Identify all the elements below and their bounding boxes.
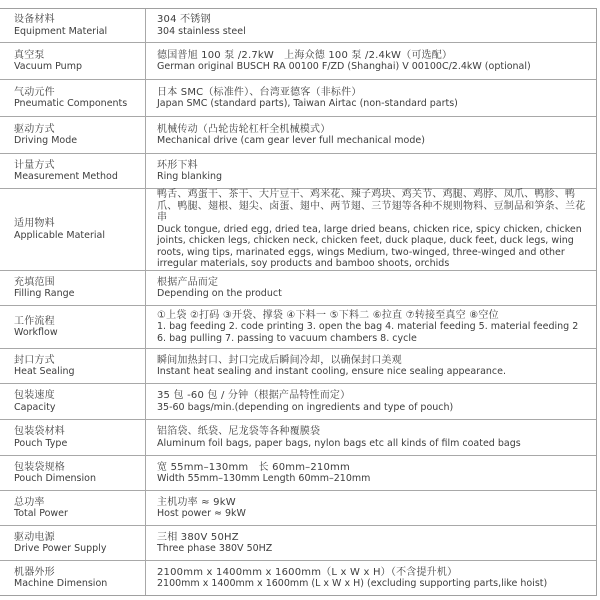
row-value-zh: 铝箔袋、纸袋、尼龙袋等各种覆膜袋 (157, 426, 590, 438)
row-value-zh: ①上袋 ②打码 ③开袋、撑袋 ④下料一 ⑤下料二 ⑥拉直 ⑦转接至真空 ⑧空位 (157, 310, 590, 322)
row-label-en: Capacity (14, 402, 139, 414)
row-label-en: Measurement Method (14, 171, 139, 183)
table-row-filling-range: 充填范围 Filling Range 根据产品而定 Depending on t… (0, 271, 596, 306)
row-value-en: Host power ≈ 9kW (157, 508, 590, 520)
table-row-applicable-material: 适用物料 Applicable Material 鸭舌、鸡蛋干、茶干、大片豆干、… (0, 189, 596, 271)
row-value-en: 1. bag feeding 2. code printing 3. open … (157, 321, 590, 344)
row-label: 适用物料 Applicable Material (0, 189, 146, 270)
row-label: 包装速度 Capacity (0, 384, 146, 419)
row-value-zh: 瞬间加热封口、封口完成后瞬间冷却，以确保封口美观 (157, 355, 590, 367)
row-label: 气动元件 Pneumatic Components (0, 80, 146, 116)
row-value: 35 包 -60 包 / 分钟（根据产品特性而定） 35-60 bags/min… (146, 384, 596, 419)
row-value: 机械传动（凸轮齿轮杠杆全机械模式） Mechanical drive (cam … (146, 117, 596, 153)
table-row-machine-dimension: 机器外形 Machine Dimension 2100mm x 1400mm x… (0, 561, 596, 595)
row-value-zh: 日本 SMC（标准件）、台湾亚德客（非标件） (157, 87, 590, 99)
row-label: 驱动电源 Drive Power Supply (0, 526, 146, 560)
row-label-en: Equipment Material (14, 26, 139, 38)
row-label-zh: 包装袋材料 (14, 426, 139, 438)
row-value: 鸭舌、鸡蛋干、茶干、大片豆干、鸡米花、辣子鸡块、鸡关节、鸡腿、鸡脖、凤爪、鸭胗、… (146, 189, 596, 270)
row-label-zh: 计量方式 (14, 160, 139, 172)
row-value: 日本 SMC（标准件）、台湾亚德客（非标件） Japan SMC (standa… (146, 80, 596, 116)
row-label-en: Pouch Type (14, 438, 139, 450)
row-value: 宽 55mm–130mm 长 60mm–210mm Width 55mm–130… (146, 456, 596, 490)
row-value-en: Instant heat sealing and instant cooling… (157, 366, 590, 378)
row-label-en: Workflow (14, 327, 139, 339)
row-label-zh: 封口方式 (14, 355, 139, 367)
row-value-en: Width 55mm–130mm Length 60mm–210mm (157, 473, 590, 485)
row-label-en: Filling Range (14, 288, 139, 300)
row-label: 计量方式 Measurement Method (0, 154, 146, 188)
row-label-zh: 驱动方式 (14, 124, 139, 136)
row-value: 主机功率 ≈ 9kW Host power ≈ 9kW (146, 491, 596, 525)
row-value-zh: 德国普旭 100 泵 /2.7kW 上海众德 100 泵 /2.4kW（可选配） (157, 50, 590, 62)
row-value-en: Depending on the product (157, 288, 590, 300)
table-row-drive-power-supply: 驱动电源 Drive Power Supply 三相 380V 50HZ Thr… (0, 526, 596, 561)
row-label-zh: 适用物料 (14, 218, 139, 230)
row-value: 环形下料 Ring blanking (146, 154, 596, 188)
table-row-pouch-type: 包装袋材料 Pouch Type 铝箔袋、纸袋、尼龙袋等各种覆膜袋 Alumin… (0, 420, 596, 456)
row-value-en: 2100mm x 1400mm x 1600mm (L x W x H) (ex… (157, 578, 590, 590)
row-value-zh: 机械传动（凸轮齿轮杠杆全机械模式） (157, 124, 590, 136)
row-label-zh: 设备材料 (14, 14, 139, 26)
row-value: 铝箔袋、纸袋、尼龙袋等各种覆膜袋 Aluminum foil bags, pap… (146, 420, 596, 455)
table-row-pneumatic-components: 气动元件 Pneumatic Components 日本 SMC（标准件）、台湾… (0, 80, 596, 117)
row-value: 德国普旭 100 泵 /2.7kW 上海众德 100 泵 /2.4kW（可选配）… (146, 43, 596, 79)
row-label-zh: 机器外形 (14, 567, 139, 579)
row-label-en: Total Power (14, 508, 139, 520)
row-label-zh: 包装袋规格 (14, 462, 139, 474)
row-label-zh: 驱动电源 (14, 532, 139, 544)
spec-table: 设备材料 Equipment Material 304 不锈钢 304 stai… (0, 8, 597, 596)
row-label: 工作流程 Workflow (0, 306, 146, 348)
row-value-en: Japan SMC (standard parts), Taiwan Airta… (157, 98, 590, 110)
row-value-zh: 2100mm x 1400mm x 1600mm（L x W x H）（不含提升… (157, 567, 590, 579)
table-row-total-power: 总功率 Total Power 主机功率 ≈ 9kW Host power ≈ … (0, 491, 596, 526)
row-label: 包装袋材料 Pouch Type (0, 420, 146, 455)
row-label-zh: 充填范围 (14, 277, 139, 289)
row-label-zh: 工作流程 (14, 316, 139, 328)
row-value: 根据产品而定 Depending on the product (146, 271, 596, 305)
row-label: 总功率 Total Power (0, 491, 146, 525)
row-value: 304 不锈钢 304 stainless steel (146, 9, 596, 42)
row-value: 三相 380V 50HZ Three phase 380V 50HZ (146, 526, 596, 560)
row-value-zh: 304 不锈钢 (157, 14, 590, 26)
row-value-zh: 根据产品而定 (157, 277, 590, 289)
row-value-zh: 环形下料 (157, 160, 590, 172)
row-value-en: German original BUSCH RA 00100 F/ZD (Sha… (157, 61, 590, 73)
table-row-vacuum-pump: 真空泵 Vacuum Pump 德国普旭 100 泵 /2.7kW 上海众德 1… (0, 43, 596, 80)
row-label: 封口方式 Heat Sealing (0, 349, 146, 383)
row-value-en: Ring blanking (157, 171, 590, 183)
row-label-en: Pouch Dimension (14, 473, 139, 485)
row-label-en: Pneumatic Components (14, 98, 139, 110)
row-value-zh: 主机功率 ≈ 9kW (157, 497, 590, 509)
row-label-en: Drive Power Supply (14, 543, 139, 555)
row-value-en: Mechanical drive (cam gear lever full me… (157, 135, 590, 147)
table-row-driving-mode: 驱动方式 Driving Mode 机械传动（凸轮齿轮杠杆全机械模式） Mech… (0, 117, 596, 154)
row-value: 瞬间加热封口、封口完成后瞬间冷却，以确保封口美观 Instant heat se… (146, 349, 596, 383)
row-label-en: Heat Sealing (14, 366, 139, 378)
row-value-en: 35-60 bags/min.(depending on ingredients… (157, 402, 590, 414)
table-row-equipment-material: 设备材料 Equipment Material 304 不锈钢 304 stai… (0, 9, 596, 43)
row-label-zh: 真空泵 (14, 50, 139, 62)
table-row-pouch-dimension: 包装袋规格 Pouch Dimension 宽 55mm–130mm 长 60m… (0, 456, 596, 491)
row-label: 包装袋规格 Pouch Dimension (0, 456, 146, 490)
row-label-en: Machine Dimension (14, 578, 139, 590)
row-value-zh: 宽 55mm–130mm 长 60mm–210mm (157, 462, 590, 474)
table-row-workflow: 工作流程 Workflow ①上袋 ②打码 ③开袋、撑袋 ④下料一 ⑤下料二 ⑥… (0, 306, 596, 349)
row-value-en: Three phase 380V 50HZ (157, 543, 590, 555)
row-label-en: Driving Mode (14, 135, 139, 147)
table-row-capacity: 包装速度 Capacity 35 包 -60 包 / 分钟（根据产品特性而定） … (0, 384, 596, 420)
row-label-en: Applicable Material (14, 230, 139, 242)
table-row-measurement-method: 计量方式 Measurement Method 环形下料 Ring blanki… (0, 154, 596, 189)
row-value-zh: 35 包 -60 包 / 分钟（根据产品特性而定） (157, 390, 590, 402)
row-label-zh: 气动元件 (14, 87, 139, 99)
row-label: 驱动方式 Driving Mode (0, 117, 146, 153)
row-value: 2100mm x 1400mm x 1600mm（L x W x H）（不含提升… (146, 561, 596, 595)
row-value: ①上袋 ②打码 ③开袋、撑袋 ④下料一 ⑤下料二 ⑥拉直 ⑦转接至真空 ⑧空位 … (146, 306, 596, 348)
table-row-heat-sealing: 封口方式 Heat Sealing 瞬间加热封口、封口完成后瞬间冷却，以确保封口… (0, 349, 596, 384)
row-value-en: Aluminum foil bags, paper bags, nylon ba… (157, 438, 590, 450)
row-label-zh: 总功率 (14, 497, 139, 509)
row-value-en: 304 stainless steel (157, 26, 590, 38)
row-label: 设备材料 Equipment Material (0, 9, 146, 42)
row-value-en: Duck tongue, dried egg, dried tea, large… (157, 224, 590, 270)
row-value-zh: 鸭舌、鸡蛋干、茶干、大片豆干、鸡米花、辣子鸡块、鸡关节、鸡腿、鸡脖、凤爪、鸭胗、… (157, 189, 590, 224)
row-label: 机器外形 Machine Dimension (0, 561, 146, 595)
row-label: 充填范围 Filling Range (0, 271, 146, 305)
row-label-en: Vacuum Pump (14, 61, 139, 73)
row-label: 真空泵 Vacuum Pump (0, 43, 146, 79)
row-value-zh: 三相 380V 50HZ (157, 532, 590, 544)
row-label-zh: 包装速度 (14, 390, 139, 402)
